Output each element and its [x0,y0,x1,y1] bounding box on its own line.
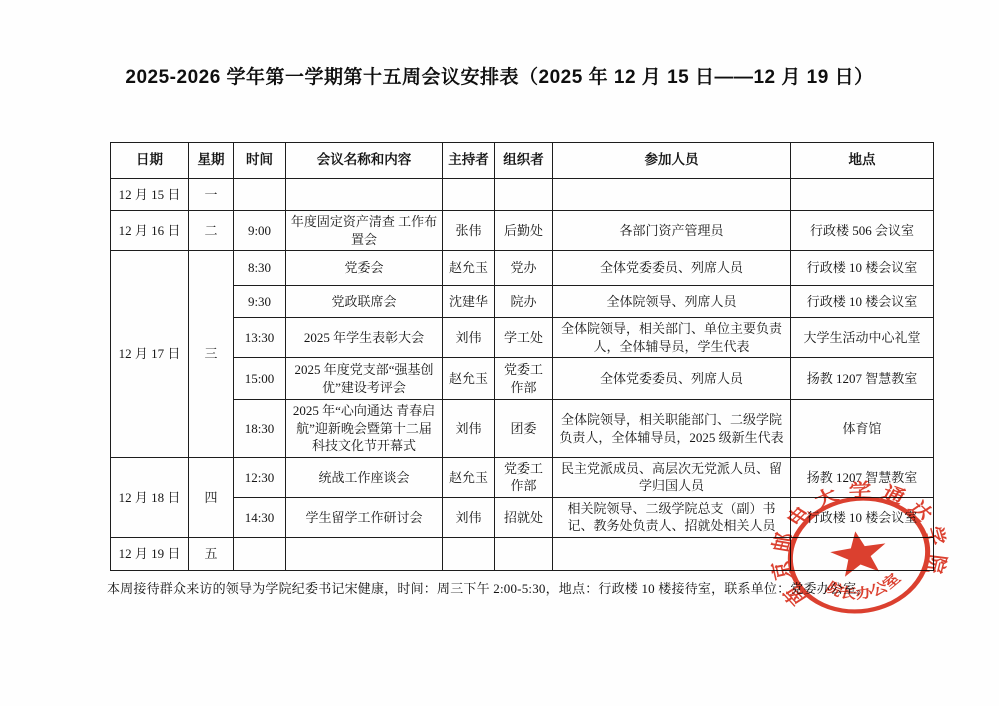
col-header-date: 日期 [111,143,189,179]
participants-cell: 全体院领导，相关部门、单位主要负责人，全体辅导员，学生代表 [553,318,791,358]
empty-host-cell [443,179,495,211]
empty-meeting-name-cell [286,538,443,571]
date-cell: 12 月 17 日 [111,251,189,458]
table-row: 18:30 2025 年“心向通达 青春启航”迎新晚会暨第十二届科技文化节开幕式… [111,400,934,458]
time-cell: 14:30 [234,497,286,537]
table-row: 12 月 18 日 四 12:30 统战工作座谈会 赵允玉 党委工作部 民主党派… [111,457,934,497]
participants-cell: 民主党派成员、高层次无党派人员、留学归国人员 [553,457,791,497]
meeting-name-cell: 学生留学工作研讨会 [286,497,443,537]
location-cell: 行政楼 506 会议室 [791,211,934,251]
table-row: 13:30 2025 年学生表彰大会 刘伟 学工处 全体院领导，相关部门、单位主… [111,318,934,358]
participants-cell: 各部门资产管理员 [553,211,791,251]
weekday-cell: 二 [189,211,234,251]
table-row: 12 月 19 日 五 [111,538,934,571]
time-cell: 12:30 [234,457,286,497]
empty-location-cell [791,538,934,571]
table-row: 12 月 16 日 二 9:00 年度固定资产清查 工作布置会 张伟 后勤处 各… [111,211,934,251]
time-cell: 9:30 [234,286,286,318]
meeting-name-cell: 2025 年学生表彰大会 [286,318,443,358]
location-cell: 行政楼 10 楼会议室 [791,497,934,537]
empty-meeting-name-cell [286,179,443,211]
time-cell: 8:30 [234,251,286,286]
meeting-schedule-table: 日期 星期 时间 会议名称和内容 主持者 组织者 参加人员 地点 12 月 15… [110,142,934,571]
host-cell: 赵允玉 [443,358,495,400]
table-header-row: 日期 星期 时间 会议名称和内容 主持者 组织者 参加人员 地点 [111,143,934,179]
host-cell: 赵允玉 [443,457,495,497]
empty-organizer-cell [495,179,553,211]
weekday-cell: 三 [189,251,234,458]
meeting-name-cell: 统战工作座谈会 [286,457,443,497]
organizer-cell: 团委 [495,400,553,458]
col-header-organizer: 组织者 [495,143,553,179]
document-page: 2025-2026 学年第一学期第十五周会议安排表（2025 年 12 月 15… [0,0,999,706]
organizer-cell: 招就处 [495,497,553,537]
weekday-cell: 四 [189,457,234,537]
time-cell: 13:30 [234,318,286,358]
time-cell: 18:30 [234,400,286,458]
location-cell: 扬教 1207 智慧教室 [791,358,934,400]
weekday-cell: 一 [189,179,234,211]
participants-cell: 全体党委委员、列席人员 [553,251,791,286]
host-cell: 沈建华 [443,286,495,318]
organizer-cell: 党委工作部 [495,358,553,400]
empty-organizer-cell [495,538,553,571]
location-cell: 行政楼 10 楼会议室 [791,251,934,286]
location-cell: 行政楼 10 楼会议室 [791,286,934,318]
host-cell: 赵允玉 [443,251,495,286]
empty-time-cell [234,538,286,571]
col-header-location: 地点 [791,143,934,179]
empty-location-cell [791,179,934,211]
date-cell: 12 月 16 日 [111,211,189,251]
organizer-cell: 学工处 [495,318,553,358]
location-cell: 体育馆 [791,400,934,458]
meeting-name-cell: 2025 年“心向通达 青春启航”迎新晚会暨第十二届科技文化节开幕式 [286,400,443,458]
date-cell: 12 月 15 日 [111,179,189,211]
footer-note: 本周接待群众来访的领导为学院纪委书记宋健康，时间：周三下午 2:00-5:30，… [107,578,999,597]
organizer-cell: 院办 [495,286,553,318]
empty-participants-cell [553,179,791,211]
col-header-meeting-name: 会议名称和内容 [286,143,443,179]
meeting-name-cell: 2025 年度党支部“强基创优”建设考评会 [286,358,443,400]
organizer-cell: 后勤处 [495,211,553,251]
participants-cell: 相关院领导、二级学院总支（副）书记、教务处负责人、招就处相关人员 [553,497,791,537]
host-cell: 刘伟 [443,318,495,358]
location-cell: 扬教 1207 智慧教室 [791,457,934,497]
empty-host-cell [443,538,495,571]
location-cell: 大学生活动中心礼堂 [791,318,934,358]
date-cell: 12 月 18 日 [111,457,189,537]
meeting-name-cell: 党委会 [286,251,443,286]
participants-cell: 全体院领导，相关职能部门、二级学院负责人，全体辅导员，2025 级新生代表 [553,400,791,458]
participants-cell: 全体院领导、列席人员 [553,286,791,318]
col-header-participants: 参加人员 [553,143,791,179]
organizer-cell: 党办 [495,251,553,286]
table-row: 12 月 17 日 三 8:30 党委会 赵允玉 党办 全体党委委员、列席人员 … [111,251,934,286]
time-cell: 9:00 [234,211,286,251]
table-row: 15:00 2025 年度党支部“强基创优”建设考评会 赵允玉 党委工作部 全体… [111,358,934,400]
meeting-name-cell: 年度固定资产清查 工作布置会 [286,211,443,251]
host-cell: 刘伟 [443,400,495,458]
time-cell: 15:00 [234,358,286,400]
table-row: 12 月 15 日 一 [111,179,934,211]
meeting-name-cell: 党政联席会 [286,286,443,318]
host-cell: 刘伟 [443,497,495,537]
weekday-cell: 五 [189,538,234,571]
col-header-weekday: 星期 [189,143,234,179]
table-row: 14:30 学生留学工作研讨会 刘伟 招就处 相关院领导、二级学院总支（副）书记… [111,497,934,537]
col-header-host: 主持者 [443,143,495,179]
table-row: 9:30 党政联席会 沈建华 院办 全体院领导、列席人员 行政楼 10 楼会议室 [111,286,934,318]
empty-time-cell [234,179,286,211]
participants-cell: 全体党委委员、列席人员 [553,358,791,400]
date-cell: 12 月 19 日 [111,538,189,571]
col-header-time: 时间 [234,143,286,179]
page-title: 2025-2026 学年第一学期第十五周会议安排表（2025 年 12 月 15… [0,0,999,89]
host-cell: 张伟 [443,211,495,251]
empty-participants-cell [553,538,791,571]
organizer-cell: 党委工作部 [495,457,553,497]
